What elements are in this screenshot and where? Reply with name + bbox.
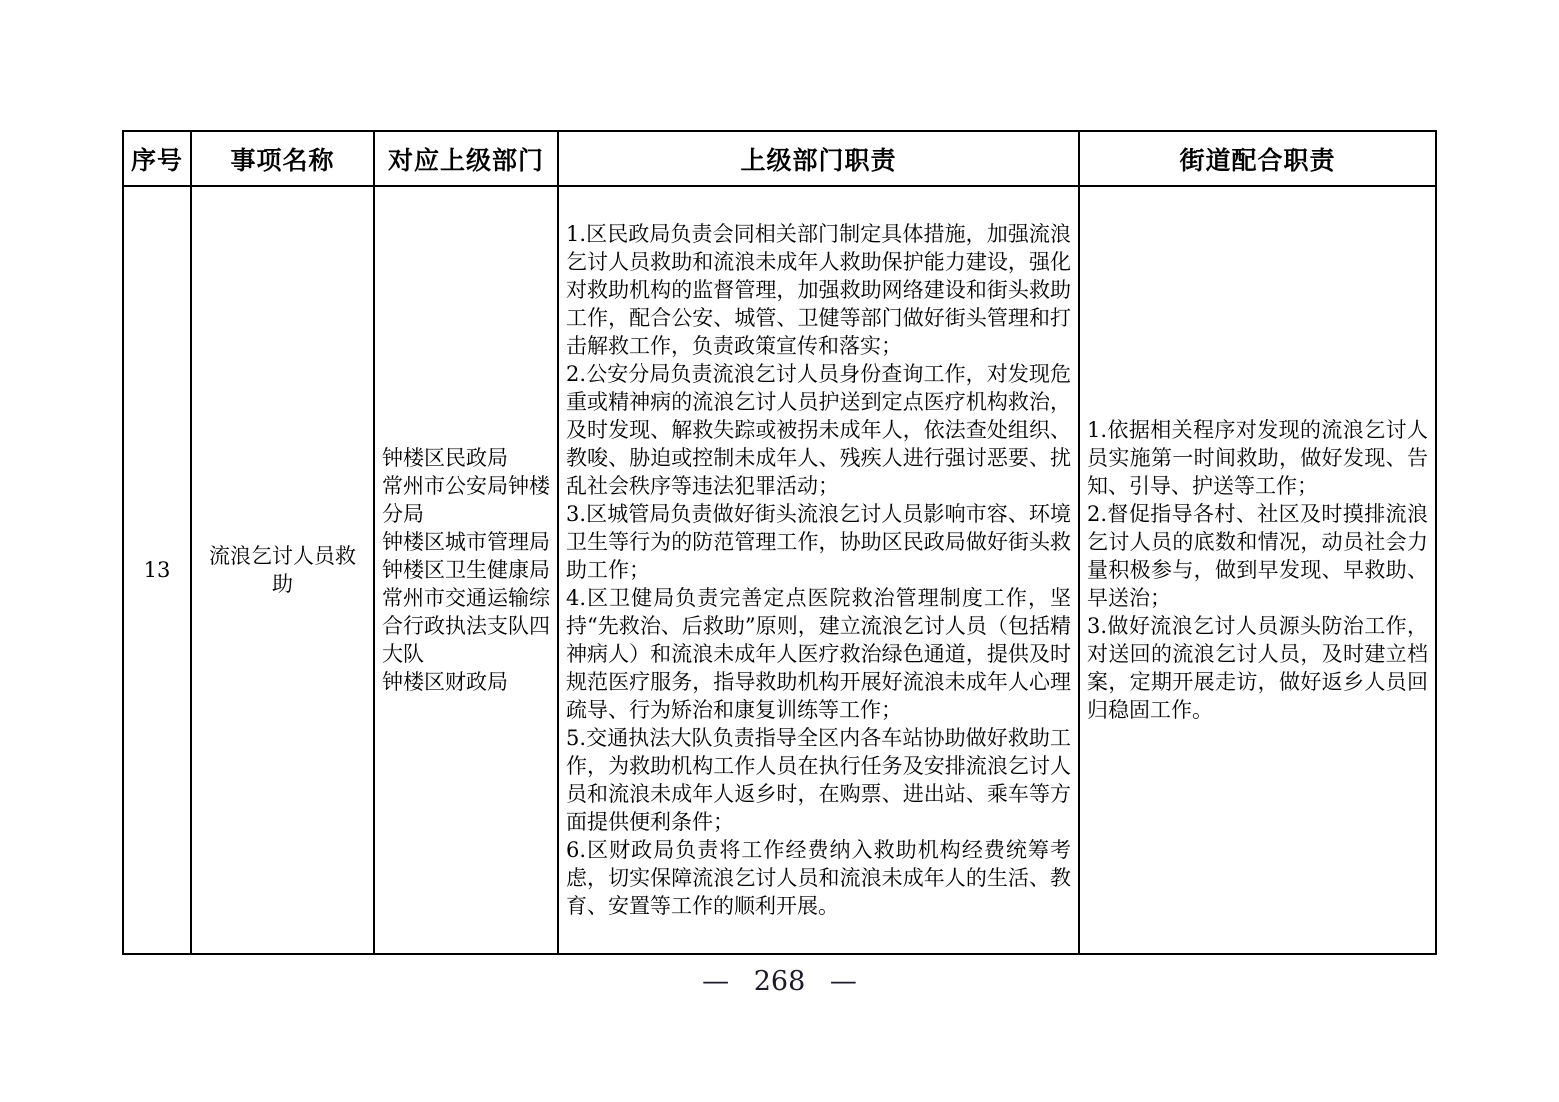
- header-street-duties: 街道配合职责: [1079, 131, 1436, 186]
- page-number: — 268 —: [0, 962, 1559, 1002]
- departments-cell: 钟楼区民政局 常州市公安局钟楼分局 钟楼区城市管理局 钟楼区卫生健康局 常州市交…: [374, 186, 558, 954]
- header-superior-department: 对应上级部门: [374, 131, 558, 186]
- header-item-name: 事项名称: [191, 131, 374, 186]
- header-superior-duties: 上级部门职责: [558, 131, 1079, 186]
- street-duties-cell: 1.依据相关程序对发现的流浪乞讨人员实施第一时间救助，做好发现、告知、引导、护送…: [1079, 186, 1436, 954]
- item-name-cell: 流浪乞讨人员救助: [191, 186, 374, 954]
- superior-duties-cell: 1.区民政局负责会同相关部门制定具体措施，加强流浪乞讨人员救助和流浪未成年人救助…: [558, 186, 1079, 954]
- table-header-row: 序号 事项名称 对应上级部门 上级部门职责 街道配合职责: [123, 131, 1436, 186]
- row-index: 13: [123, 186, 191, 954]
- duties-table: 序号 事项名称 对应上级部门 上级部门职责 街道配合职责 13 流浪乞讨人员救助…: [122, 130, 1437, 955]
- header-index: 序号: [123, 131, 191, 186]
- document-page: 序号 事项名称 对应上级部门 上级部门职责 街道配合职责 13 流浪乞讨人员救助…: [0, 0, 1559, 1102]
- table-row: 13 流浪乞讨人员救助 钟楼区民政局 常州市公安局钟楼分局 钟楼区城市管理局 钟…: [123, 186, 1436, 954]
